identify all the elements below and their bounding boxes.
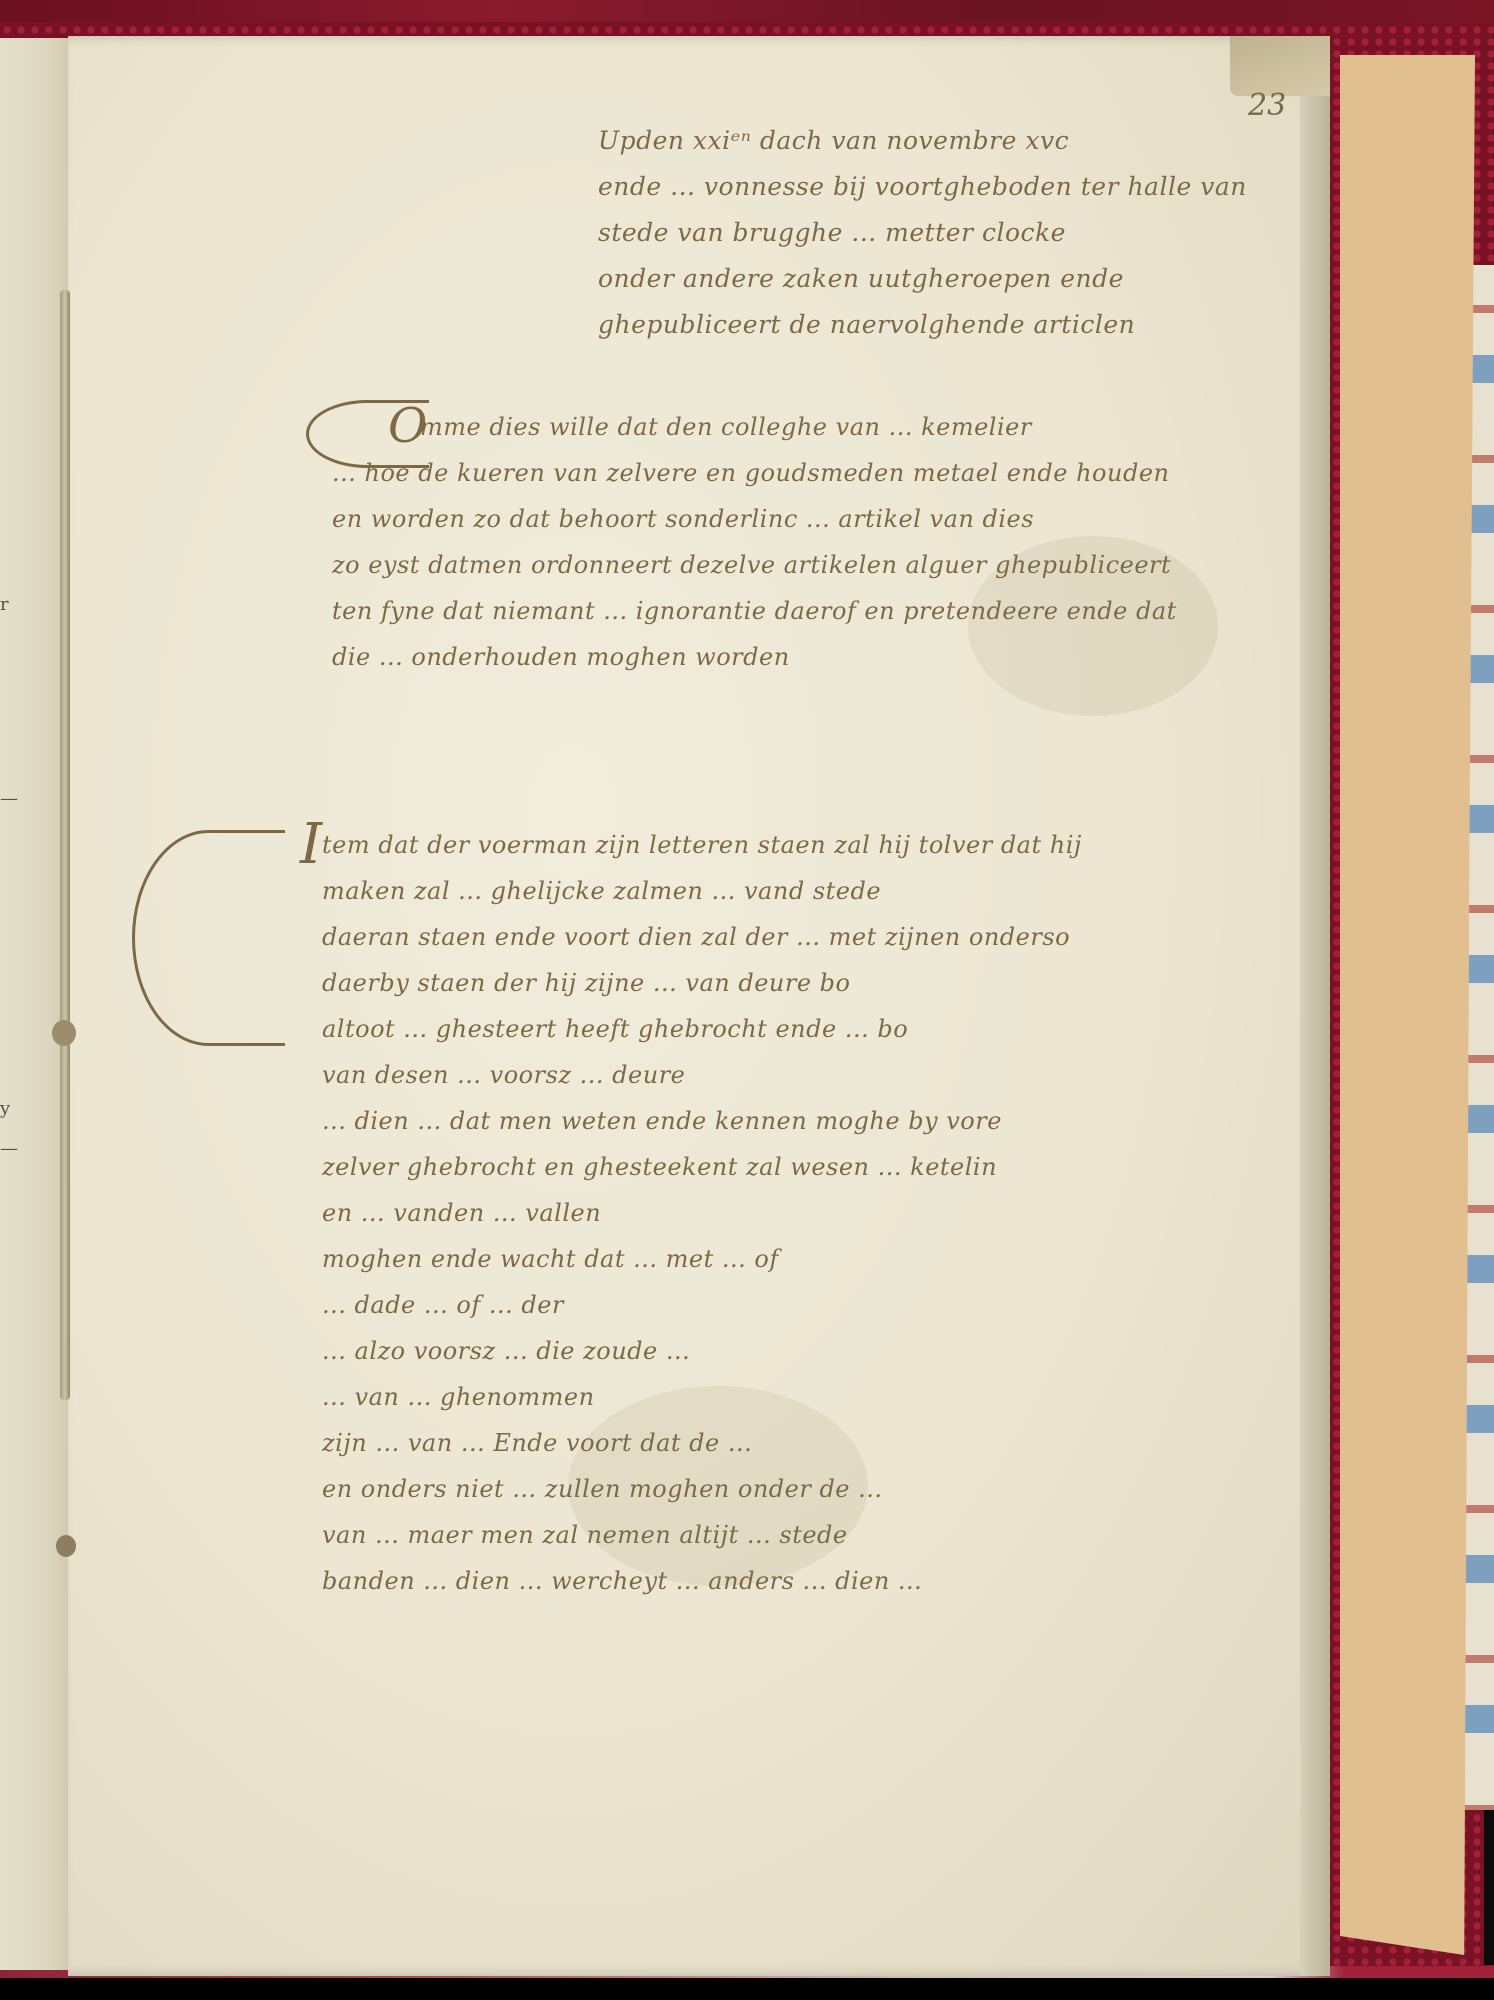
text-line: die ... onderhouden moghen worden: [332, 634, 1177, 680]
thread-knot: [52, 1020, 76, 1046]
text-line: van ... maer men zal nemen altijt ... st…: [322, 1512, 1082, 1558]
text-line: stede van brugghe ... metter clocke: [598, 210, 1247, 256]
page-corner-wear: [1230, 36, 1330, 96]
text-line: tem dat der voerman zijn letteren staen …: [322, 822, 1082, 868]
page-fore-edge: [1300, 36, 1330, 1976]
paragraph-1: mme dies wille dat den colleghe van ... …: [420, 404, 1177, 680]
bottom-shadow-band: [0, 1978, 1494, 2000]
text-line: en onders niet ... zullen moghen onder d…: [322, 1466, 1082, 1512]
initial-letter: I: [300, 812, 323, 877]
initial-flourish: [132, 830, 285, 1046]
text-line: zelver ghebrocht en ghesteekent zal wese…: [322, 1144, 1082, 1190]
text-line: ... dien ... dat men weten ende kennen m…: [322, 1098, 1082, 1144]
text-line: van desen ... voorsz ... deure: [322, 1052, 1082, 1098]
text-line: maken zal ... ghelijcke zalmen ... vand …: [322, 868, 1082, 914]
left-margin-mark: r: [0, 594, 9, 615]
paragraph-2: tem dat der voerman zijn letteren staen …: [322, 822, 1082, 1604]
text-line: ... alzo voorsz ... die zoude ...: [322, 1328, 1082, 1374]
text-line: daerby staen der hij zijne ... van deure…: [322, 960, 1082, 1006]
thread-knot: [56, 1535, 76, 1557]
text-line: ... van ... ghenommen: [322, 1374, 1082, 1420]
text-line: moghen ende wacht dat ... met ... of: [322, 1236, 1082, 1282]
text-line: ghepubliceert de naervolghende articlen: [598, 302, 1247, 348]
text-line: ... hoe de kueren van zelvere en goudsme…: [332, 450, 1177, 496]
text-line: en ... vanden ... vallen: [322, 1190, 1082, 1236]
text-line: ... dade ... of ... der: [322, 1282, 1082, 1328]
left-margin-mark: —: [0, 788, 18, 809]
left-margin-mark: —: [0, 1138, 18, 1159]
text-line: daeran staen ende voort dien zal der ...…: [322, 914, 1082, 960]
text-line: altoot ... ghesteert heeft ghebrocht end…: [322, 1006, 1082, 1052]
text-line: ende ... vonnesse bij voortgheboden ter …: [598, 164, 1247, 210]
folio-number: 23: [1248, 88, 1286, 123]
text-line: mme dies wille dat den colleghe van ... …: [420, 404, 1177, 450]
text-line: ten fyne dat niemant ... ignorantie daer…: [332, 588, 1177, 634]
text-line: en worden zo dat behoort sonderlinc ... …: [332, 496, 1177, 542]
text-line: zijn ... van ... Ende voort dat de ...: [322, 1420, 1082, 1466]
text-line: Upden xxiᵉⁿ dach van novembre xvc: [598, 118, 1247, 164]
guard-card: [1340, 55, 1475, 1955]
header-paragraph: Upden xxiᵉⁿ dach van novembre xvc ende .…: [598, 118, 1247, 348]
text-line: onder andere zaken uutgheroepen ende: [598, 256, 1247, 302]
top-binding-edge: [0, 0, 1494, 22]
left-margin-mark: y: [0, 1098, 10, 1119]
text-line: banden ... dien ... wercheyt ... anders …: [322, 1558, 1082, 1604]
binding-thread: [60, 290, 70, 1400]
text-line: zo eyst datmen ordonneert dezelve artike…: [332, 542, 1177, 588]
